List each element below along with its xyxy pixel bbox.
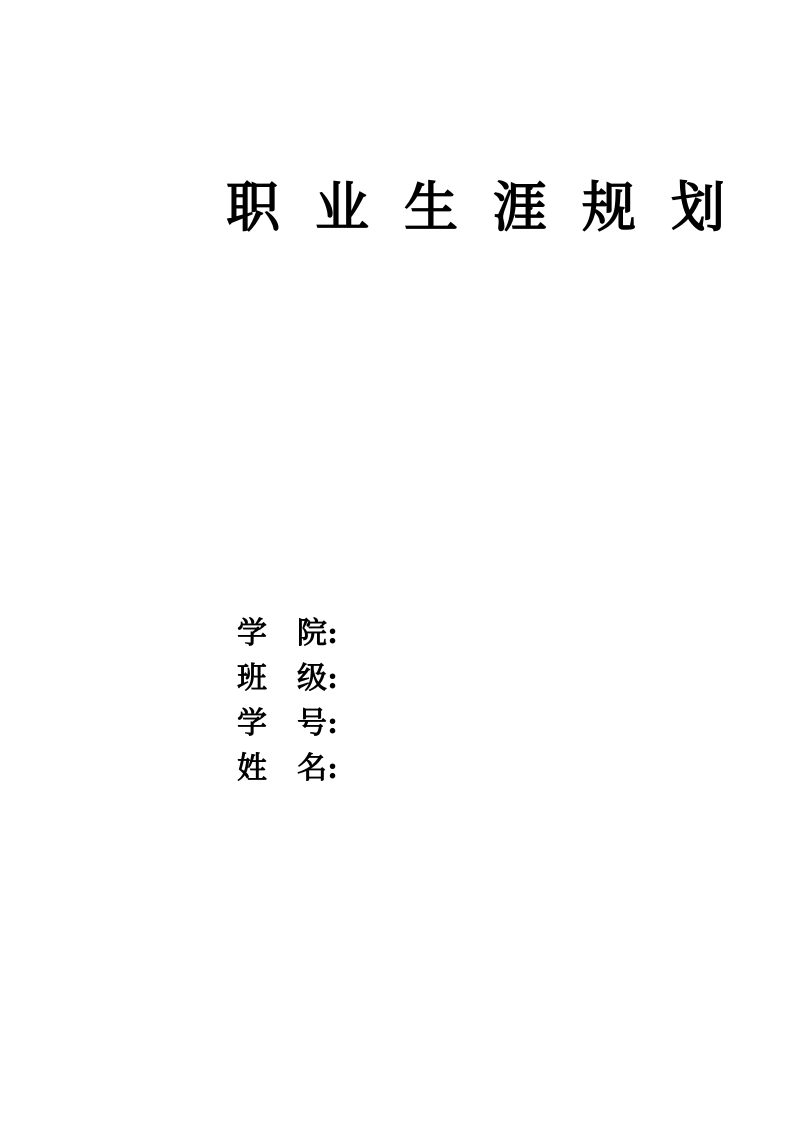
field-row-student-id: 学 号:	[237, 701, 359, 746]
field-label-name: 姓 名:	[237, 751, 338, 786]
document-title: 职 业 生 涯 规 划	[226, 179, 733, 236]
info-fields: 学 院: 班 级: 学 号: 姓 名:	[237, 611, 359, 791]
field-label-class: 班 级:	[237, 661, 338, 696]
field-row-class: 班 级:	[237, 656, 359, 701]
field-row-college: 学 院:	[237, 611, 359, 656]
field-label-college: 学 院:	[237, 616, 338, 651]
field-row-name: 姓 名:	[237, 746, 359, 791]
field-label-student-id: 学 号:	[237, 706, 338, 741]
document-page: 职 业 生 涯 规 划 学 院: 班 级: 学 号: 姓 名:	[0, 0, 793, 1122]
